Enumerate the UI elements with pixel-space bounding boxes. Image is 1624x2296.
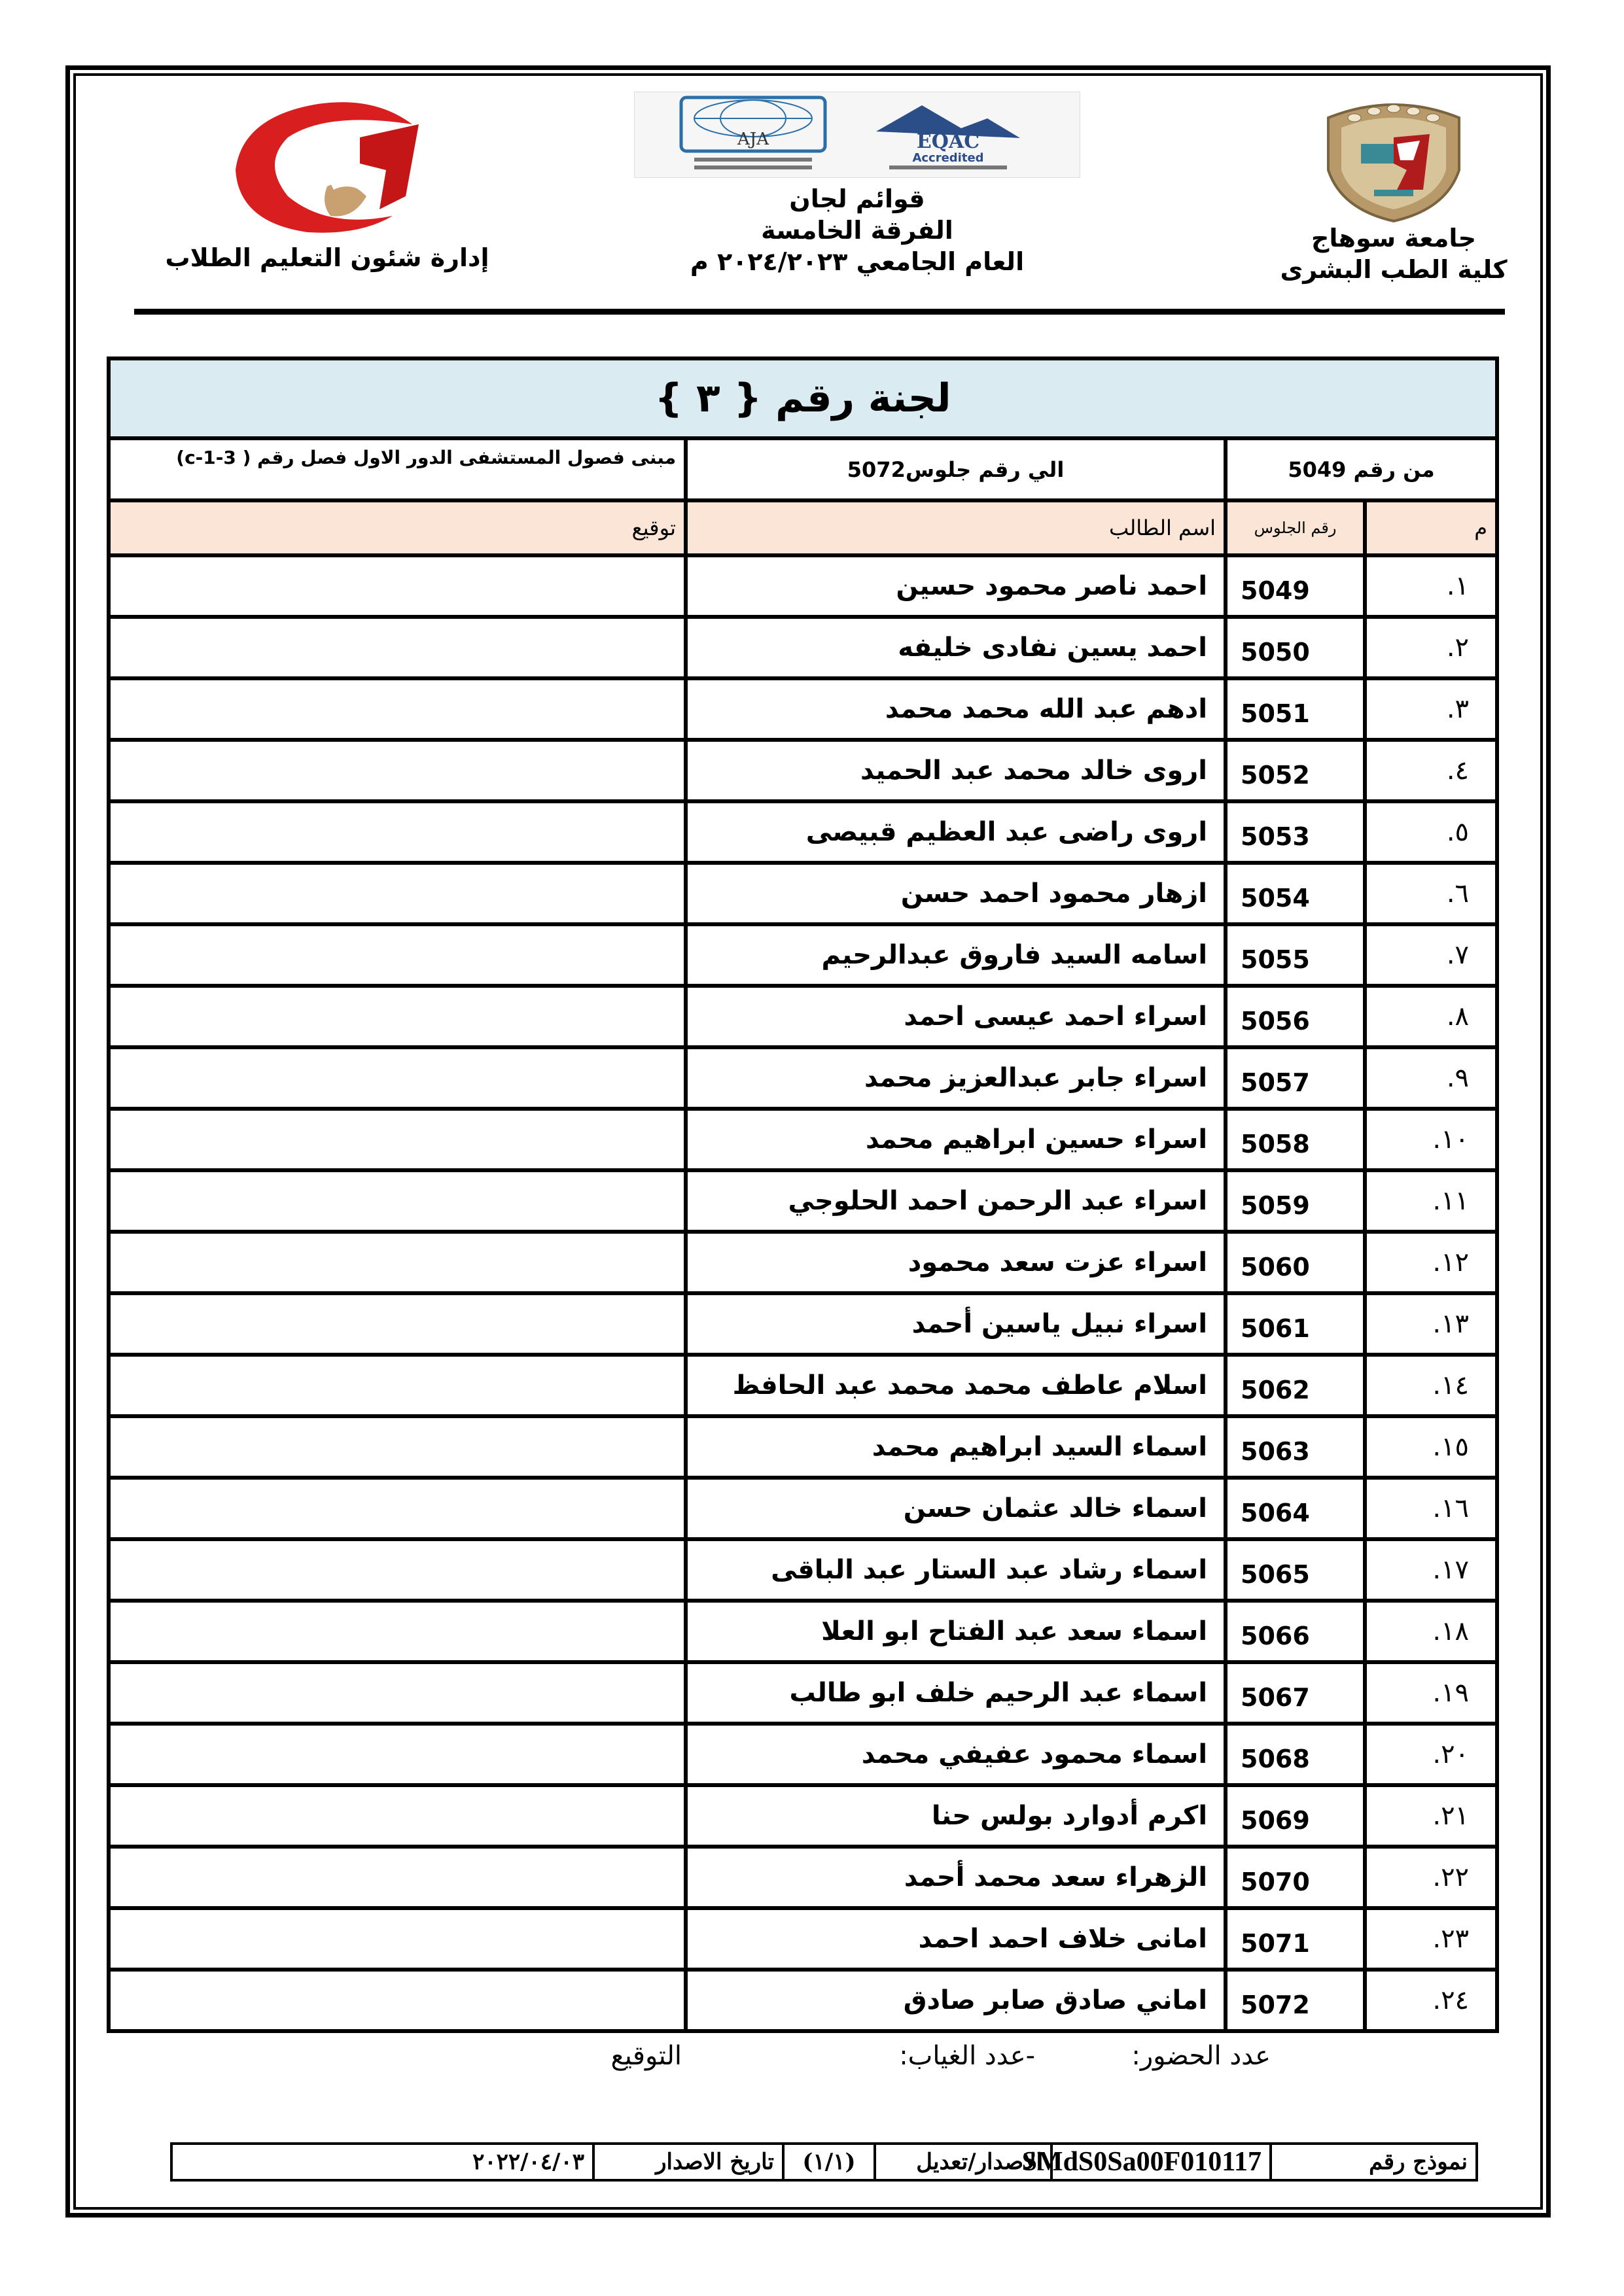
table-row: ١٥.5063اسماء السيد ابراهيم محمد — [109, 1416, 1497, 1478]
signature-cell[interactable] — [109, 1355, 686, 1416]
seat-number: 5061 — [1226, 1293, 1365, 1355]
faculty-name: كلية الطب البشرى — [1256, 254, 1531, 285]
form-info-table: نموذج رقم SMdS0Sa00F010117 الاصدار/تعديل… — [170, 2142, 1478, 2182]
seat-number: 5062 — [1226, 1355, 1365, 1416]
row-index: ٨. — [1365, 986, 1497, 1047]
signature-cell[interactable] — [109, 617, 686, 678]
table-row: ١٣.5061اسراء نبيل ياسين أحمد — [109, 1293, 1497, 1355]
seat-number: 5059 — [1226, 1170, 1365, 1232]
faculty-crescent-logo — [216, 98, 438, 242]
seat-number: 5060 — [1226, 1232, 1365, 1293]
table-row: ١٧.5065اسماء رشاد عبد الستار عبد الباقى — [109, 1539, 1497, 1601]
row-index: ١٥. — [1365, 1416, 1497, 1478]
header-center: EQAC Accredited AJA قوائم لجان الفرقة ال… — [628, 92, 1086, 277]
signature-cell[interactable] — [109, 1478, 686, 1539]
seat-number: 5066 — [1226, 1601, 1365, 1662]
row-index: ١٩. — [1365, 1662, 1497, 1724]
table-row: ٤.5052اروى خالد محمد عبد الحميد — [109, 740, 1497, 801]
committee-title-row: لجنة رقم { ٣ } — [109, 358, 1497, 438]
table-row: ٢.5050احمد يسين نفادى خليفه — [109, 617, 1497, 678]
header-divider — [134, 309, 1505, 315]
seat-number: 5064 — [1226, 1478, 1365, 1539]
student-name: احمد يسين نفادى خليفه — [686, 617, 1226, 678]
header-department: إدارة شئون التعليم الطلاب — [157, 98, 497, 273]
column-header-name: اسم الطالب — [686, 500, 1226, 555]
student-name: اسراء جابر عبدالعزيز محمد — [686, 1047, 1226, 1109]
row-index: ١٦. — [1365, 1478, 1497, 1539]
row-index: ٩. — [1365, 1047, 1497, 1109]
attendance-count-label: عدد الحضور: — [1131, 2041, 1271, 2071]
student-name: احمد ناصر محمود حسين — [686, 555, 1226, 617]
signature-cell[interactable] — [109, 1170, 686, 1232]
column-header-seat: رقم الجلوس — [1226, 500, 1365, 555]
student-name: اسماء خالد عثمان حسن — [686, 1478, 1226, 1539]
seat-number: 5068 — [1226, 1724, 1365, 1785]
student-name: اسماء محمود عفيفي محمد — [686, 1724, 1226, 1785]
row-index: ٢٠. — [1365, 1724, 1497, 1785]
student-name: امانى خلاف احمد احمد — [686, 1908, 1226, 1970]
committee-title: لجنة رقم { ٣ } — [109, 358, 1497, 438]
header-university: جامعة سوهاج كلية الطب البشرى — [1256, 92, 1531, 285]
signature-cell[interactable] — [109, 1416, 686, 1478]
table-row: ١٩.5067اسماء عبد الرحيم خلف ابو طالب — [109, 1662, 1497, 1724]
table-row: ١١.5059اسراء عبد الرحمن احمد الحلوجي — [109, 1170, 1497, 1232]
student-name: اروى راضى عبد العظيم قبيصى — [686, 801, 1226, 863]
student-name: الزهراء سعد محمد أحمد — [686, 1847, 1226, 1908]
signature-cell[interactable] — [109, 1539, 686, 1601]
table-row: ٩.5057اسراء جابر عبدالعزيز محمد — [109, 1047, 1497, 1109]
document-title: قوائم لجان — [628, 183, 1086, 215]
row-index: ٥. — [1365, 801, 1497, 863]
row-index: ١. — [1365, 555, 1497, 617]
table-row: ١٢.5060اسراء عزت سعد محمود — [109, 1232, 1497, 1293]
signature-cell[interactable] — [109, 1601, 686, 1662]
svg-text:EQAC: EQAC — [917, 130, 980, 153]
student-name: اروى خالد محمد عبد الحميد — [686, 740, 1226, 801]
seat-number: 5070 — [1226, 1847, 1365, 1908]
aja-iso-certification-logo: AJA — [668, 92, 838, 175]
seat-range-from: من رقم 5049 — [1226, 438, 1497, 500]
signature-cell[interactable] — [109, 1785, 686, 1847]
table-header-row: م رقم الجلوس اسم الطالب توقيع — [109, 500, 1497, 555]
student-name: اسماء سعد عبد الفتاح ابو العلا — [686, 1601, 1226, 1662]
row-index: ١١. — [1365, 1170, 1497, 1232]
version-value: (١/١) — [783, 2144, 875, 2180]
table-row: ٣.5051ادهم عبد الله محمد محمد — [109, 678, 1497, 740]
student-rows: ١.5049احمد ناصر محمود حسين٢.5050احمد يسي… — [109, 555, 1497, 2031]
table-row: ١٠.5058اسراء حسين ابراهيم محمد — [109, 1109, 1497, 1170]
exam-location: مبنى فصول المستشفى الدور الاول فصل رقم (… — [109, 438, 686, 500]
row-index: ١٧. — [1365, 1539, 1497, 1601]
column-header-index: م — [1365, 500, 1497, 555]
row-index: ١٢. — [1365, 1232, 1497, 1293]
university-name: جامعة سوهاج — [1256, 222, 1531, 254]
seat-number: 5063 — [1226, 1416, 1365, 1478]
issue-date-value: ٢٠٢٢/٠٤/٠٣ — [171, 2144, 593, 2180]
row-index: ١٣. — [1365, 1293, 1497, 1355]
signature-cell[interactable] — [109, 1293, 686, 1355]
university-shield-logo — [1315, 98, 1472, 222]
signature-cell[interactable] — [109, 863, 686, 924]
student-name: اسراء احمد عيسى احمد — [686, 986, 1226, 1047]
seat-number: 5051 — [1226, 678, 1365, 740]
seat-number: 5052 — [1226, 740, 1365, 801]
table-row: ٢٤.5072اماني صادق صابر صادق — [109, 1970, 1497, 2031]
signature-cell[interactable] — [109, 924, 686, 986]
student-name: اسراء حسين ابراهيم محمد — [686, 1109, 1226, 1170]
svg-text:Accredited: Accredited — [912, 151, 983, 165]
signature-cell[interactable] — [109, 1047, 686, 1109]
signature-cell[interactable] — [109, 1908, 686, 1970]
signature-cell[interactable] — [109, 801, 686, 863]
table-row: ١٨.5066اسماء سعد عبد الفتاح ابو العلا — [109, 1601, 1497, 1662]
student-name: اماني صادق صابر صادق — [686, 1970, 1226, 2031]
svg-text:AJA: AJA — [737, 130, 769, 149]
student-name: ازهار محمود احمد حسن — [686, 863, 1226, 924]
row-index: ١٨. — [1365, 1601, 1497, 1662]
issue-date-label: تاريخ الاصدار — [593, 2144, 783, 2180]
committee-table: لجنة رقم { ٣ } من رقم 5049 الي رقم جلوس5… — [107, 357, 1499, 2033]
accreditation-logos: EQAC Accredited AJA — [634, 92, 1080, 178]
row-index: ٤. — [1365, 740, 1497, 801]
seat-number: 5058 — [1226, 1109, 1365, 1170]
table-row: ١٦.5064اسماء خالد عثمان حسن — [109, 1478, 1497, 1539]
seat-number: 5071 — [1226, 1908, 1365, 1970]
student-name: اسماء رشاد عبد الستار عبد الباقى — [686, 1539, 1226, 1601]
table-row: ٢٣.5071امانى خلاف احمد احمد — [109, 1908, 1497, 1970]
department-name: إدارة شئون التعليم الطلاب — [157, 242, 497, 273]
row-index: ٦. — [1365, 863, 1497, 924]
row-index: ٧. — [1365, 924, 1497, 986]
signature-cell[interactable] — [109, 740, 686, 801]
seat-number: 5056 — [1226, 986, 1365, 1047]
table-row: ٨.5056اسراء احمد عيسى احمد — [109, 986, 1497, 1047]
signature-cell[interactable] — [109, 1970, 686, 2031]
row-index: ٢١. — [1365, 1785, 1497, 1847]
signature-cell[interactable] — [109, 986, 686, 1047]
seat-number: 5057 — [1226, 1047, 1365, 1109]
committee-info-row: من رقم 5049 الي رقم جلوس5072 مبنى فصول ا… — [109, 438, 1497, 500]
column-header-signature: توقيع — [109, 500, 686, 555]
row-index: ٢٤. — [1365, 1970, 1497, 2031]
student-name: اسامه السيد فاروق عبدالرحيم — [686, 924, 1226, 986]
seat-number: 5069 — [1226, 1785, 1365, 1847]
eqac-accredited-logo: EQAC Accredited — [850, 92, 1046, 175]
student-name: اسراء نبيل ياسين أحمد — [686, 1293, 1226, 1355]
table-row: ٢١.5069اكرم أدوارد بولس حنا — [109, 1785, 1497, 1847]
student-name: اسماء عبد الرحيم خلف ابو طالب — [686, 1662, 1226, 1724]
row-index: ٢٢. — [1365, 1847, 1497, 1908]
student-name: اكرم أدوارد بولس حنا — [686, 1785, 1226, 1847]
seat-range-to: الي رقم جلوس5072 — [686, 438, 1226, 500]
signature-cell[interactable] — [109, 678, 686, 740]
row-index: ٢. — [1365, 617, 1497, 678]
form-number-label: نموذج رقم — [1271, 2144, 1477, 2180]
signature-label: التوقيع — [610, 2041, 682, 2071]
table-row: ٢٠.5068اسماء محمود عفيفي محمد — [109, 1724, 1497, 1785]
row-index: ٣. — [1365, 678, 1497, 740]
row-index: ١٤. — [1365, 1355, 1497, 1416]
signature-cell[interactable] — [109, 555, 686, 617]
signature-cell[interactable] — [109, 1109, 686, 1170]
signature-cell[interactable] — [109, 1662, 686, 1724]
student-name: اسراء عبد الرحمن احمد الحلوجي — [686, 1170, 1226, 1232]
seat-number: 5054 — [1226, 863, 1365, 924]
seat-number: 5065 — [1226, 1539, 1365, 1601]
seat-number: 5050 — [1226, 617, 1365, 678]
student-name: اسراء عزت سعد محمود — [686, 1232, 1226, 1293]
academic-year: العام الجامعي ٢٠٢٤/٢٠٢٣ م — [628, 246, 1086, 277]
version-label: الاصدار/تعديل — [875, 2144, 1051, 2180]
seat-number: 5053 — [1226, 801, 1365, 863]
table-row: ٧.5055اسامه السيد فاروق عبدالرحيم — [109, 924, 1497, 986]
signature-cell[interactable] — [109, 1847, 686, 1908]
row-index: ٢٣. — [1365, 1908, 1497, 1970]
row-index: ١٠. — [1365, 1109, 1497, 1170]
seat-number: 5049 — [1226, 555, 1365, 617]
table-row: ١٤.5062اسلام عاطف محمد محمد عبد الحافظ — [109, 1355, 1497, 1416]
seat-number: 5072 — [1226, 1970, 1365, 2031]
signature-cell[interactable] — [109, 1232, 686, 1293]
form-info-row: نموذج رقم SMdS0Sa00F010117 الاصدار/تعديل… — [171, 2144, 1477, 2180]
table-row: ٢٢.5070الزهراء سعد محمد أحمد — [109, 1847, 1497, 1908]
absence-count-label: -عدد الغياب: — [899, 2041, 1035, 2071]
seat-number: 5067 — [1226, 1662, 1365, 1724]
student-name: اسلام عاطف محمد محمد عبد الحافظ — [686, 1355, 1226, 1416]
student-name: اسماء السيد ابراهيم محمد — [686, 1416, 1226, 1478]
seat-number: 5055 — [1226, 924, 1365, 986]
form-number-value: SMdS0Sa00F010117 — [1051, 2144, 1271, 2180]
class-level: الفرقة الخامسة — [628, 215, 1086, 246]
table-row: ٥.5053اروى راضى عبد العظيم قبيصى — [109, 801, 1497, 863]
signature-cell[interactable] — [109, 1724, 686, 1785]
table-row: ١.5049احمد ناصر محمود حسين — [109, 555, 1497, 617]
table-row: ٦.5054ازهار محمود احمد حسن — [109, 863, 1497, 924]
student-name: ادهم عبد الله محمد محمد — [686, 678, 1226, 740]
